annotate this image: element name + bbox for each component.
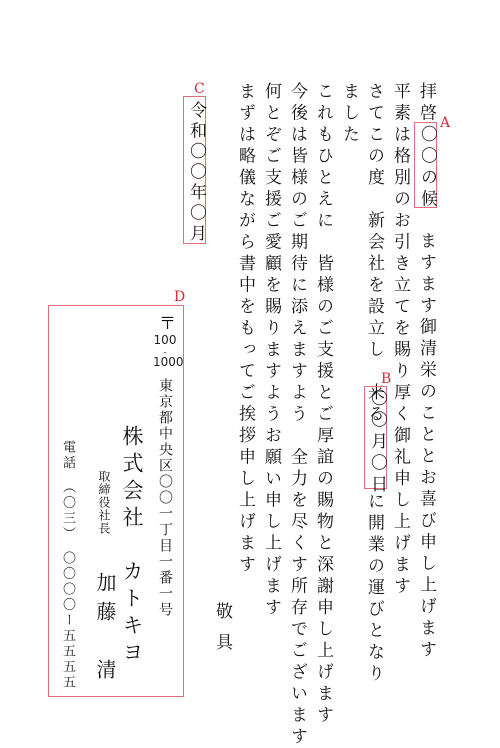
- postal-code-part2: 1000: [153, 356, 177, 369]
- field-b-box[interactable]: 〇〇月〇日: [364, 386, 387, 489]
- body-line-3-post: に開業の運びとなり: [364, 492, 384, 686]
- date-value: 令和〇〇年〇月: [186, 101, 206, 245]
- body-line-5: これもひとえに 皆様のご支援とご厚誼の賜物と深謝申し上げます: [313, 82, 333, 727]
- sender-address: 東京都中央区〇〇一丁目一番一号: [156, 378, 174, 618]
- body-line-6: 今後は皆様のご期待に添えますよう 全力を尽くす所存でございます: [287, 82, 307, 748]
- body-line-4: ました: [339, 82, 359, 147]
- representative-name: 加藤 清: [93, 572, 117, 688]
- representative-title: 取締役社長: [96, 470, 112, 535]
- label-b: B: [381, 372, 391, 386]
- label-a: A: [440, 116, 450, 130]
- date-box[interactable]: 令和〇〇年〇月: [183, 96, 206, 244]
- postal-code-part1: 100: [153, 334, 177, 347]
- greeting-line: ますます御清栄のこととお喜び申し上げます: [416, 210, 436, 662]
- phone-number: 電話 （〇三） 〇〇〇〇ー五五五五: [58, 440, 76, 691]
- company-name: 株式会社 カトキヨ: [120, 425, 144, 668]
- body-line-8: まずは略儀ながら書中をもってご挨拶申し上げます: [235, 82, 255, 577]
- body-line-2: 平素は格別のお引き立てを賜り厚く御礼申し上げます: [390, 82, 410, 598]
- field-a-box[interactable]: 〇〇の候: [414, 122, 437, 208]
- field-b-value: 〇〇月〇日: [367, 389, 387, 497]
- field-a-value: 〇〇の候: [417, 125, 437, 211]
- body-line-7: 何とぞご支援ご愛顧を賜りますようお願い申し上げます: [261, 82, 281, 620]
- label-c: C: [194, 82, 205, 96]
- label-d: D: [174, 290, 185, 304]
- opening-salutation: 拝啓: [416, 82, 436, 125]
- closing-salutation: 敬具: [212, 602, 232, 664]
